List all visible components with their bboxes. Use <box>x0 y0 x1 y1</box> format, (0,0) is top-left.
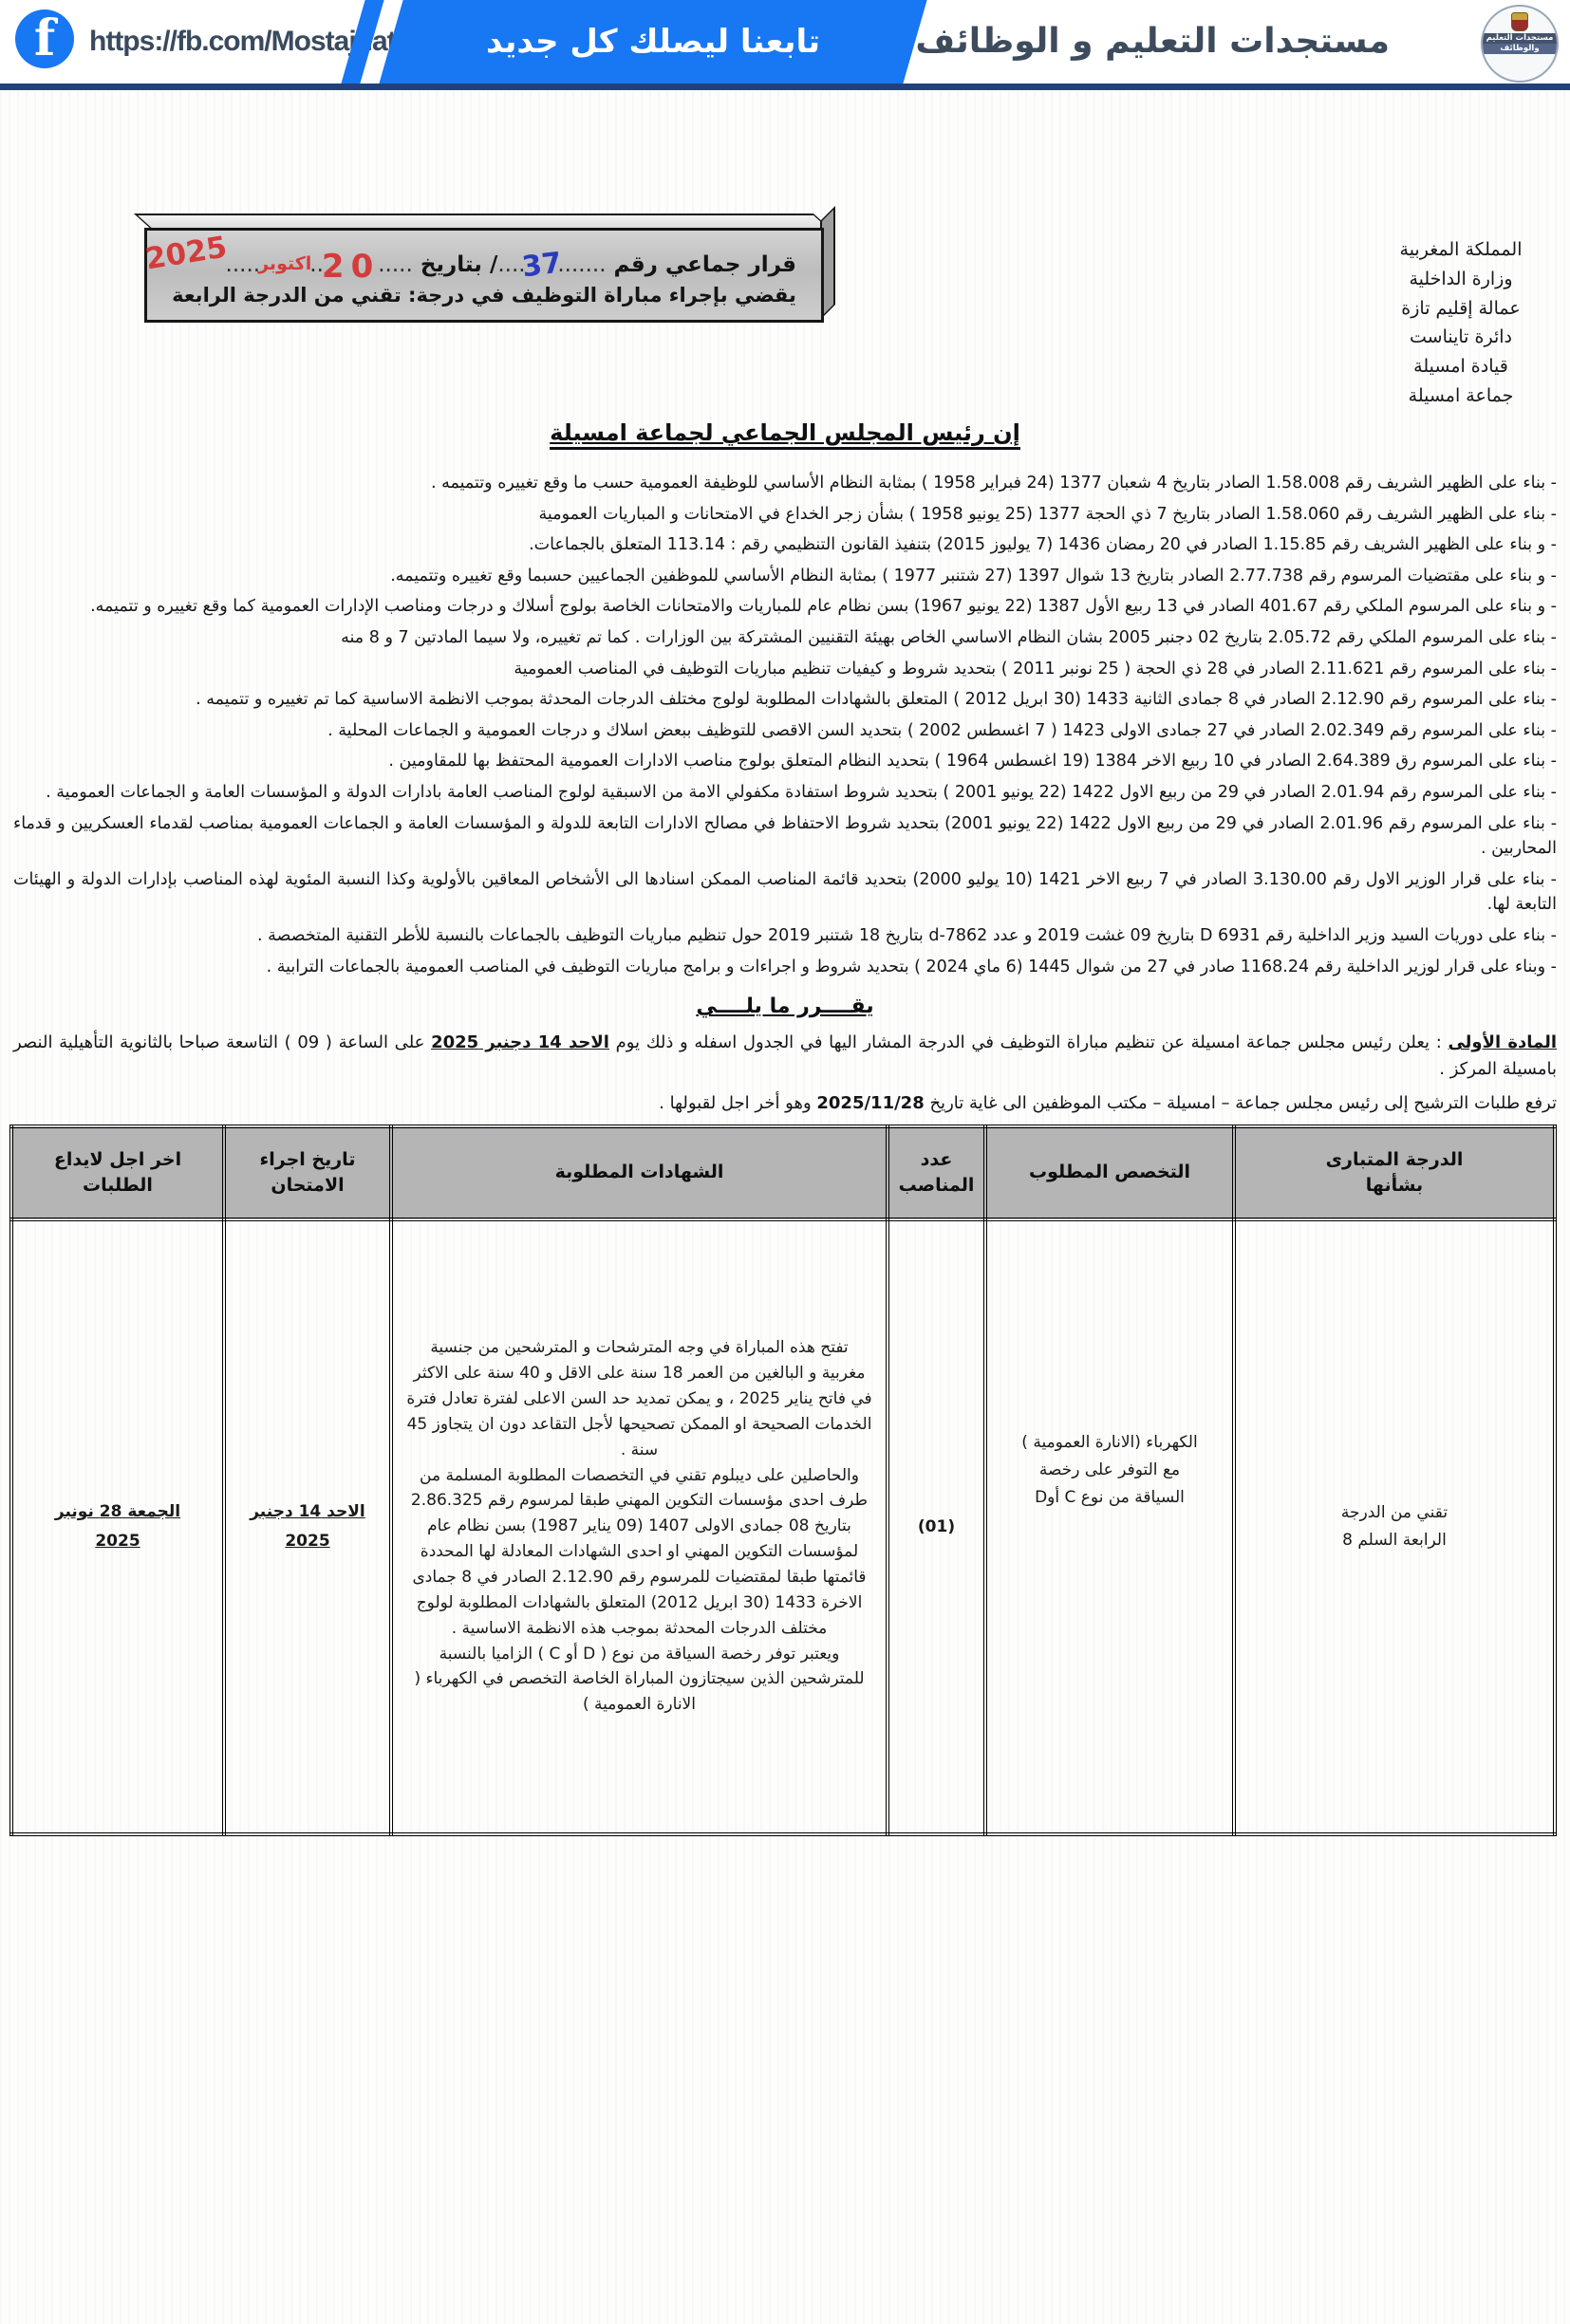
preamble-clause: - بناء على المرسوم رقم 2.11.621 الصادر ف… <box>13 657 1557 682</box>
preamble-clause: - بناء على الظهير الشريف رقم 1.58.008 ال… <box>13 471 1557 496</box>
cell-grade: تقني من الدرجة الرابعة السلم 8 <box>1234 1219 1555 1834</box>
logo-text-line: والوظائف <box>1483 44 1557 54</box>
exam-date-inline: الاحد 14 دجنبر 2025 <box>431 1032 609 1052</box>
header-exam-date: تاريخ اجراء الامتحان <box>224 1126 391 1219</box>
cell-positions-count: (01) <box>888 1219 985 1834</box>
brand-logo: مستجدات التعليم والوظائف <box>1481 5 1559 83</box>
header-positions-count: عدد المناصب <box>888 1126 985 1219</box>
cell-application-deadline: الجمعة 28 نونبر 2025 <box>11 1219 224 1834</box>
handwritten-day: 20 <box>322 248 380 286</box>
letterhead-line: وزارة الداخلية <box>1357 265 1564 294</box>
header-application-deadline: اخر اجل لايداع الطلبات <box>11 1126 224 1219</box>
handwritten-decree-number: 37 <box>520 247 564 285</box>
preamble-clause: - بناء على المرسوم رقم 2.01.94 الصادر في… <box>13 780 1557 806</box>
header-required-diplomas: الشهادات المطلوبة <box>391 1126 888 1219</box>
submission-instructions: ترفع طلبات الترشيح إلى رئيس مجلس جماعة –… <box>13 1090 1557 1117</box>
header-grade: الدرجة المتبارى بشأنها <box>1234 1126 1555 1219</box>
preamble-clause: - و بناء على الظهير الشريف رقم 1.15.85 ا… <box>13 532 1557 558</box>
letterhead-line: عمالة إقليم تازة <box>1357 294 1564 324</box>
box-front-face: قرار جماعي رقم .......37..../ بتاريخ ...… <box>144 228 824 323</box>
decree-subject-line: يقضي بإجراء مباراة التوظيف في درجة: تقني… <box>172 284 796 307</box>
decree-number-box: قرار جماعي رقم .......37..../ بتاريخ ...… <box>144 228 824 323</box>
logo-text-line: مستجدات التعليم <box>1483 33 1557 44</box>
preamble-clause: - بناء على المرسوم رقم 2.12.90 الصادر في… <box>13 687 1557 713</box>
coat-of-arms-icon <box>1511 12 1528 31</box>
preamble-clause: - و بناء على المرسوم الملكي رقم 401.67 ا… <box>13 594 1557 620</box>
brand-title: مستجدات التعليم و الوظائف <box>915 0 1390 84</box>
cell-specialty: الكهرباء (الانارة العمومية ) مع التوفر ع… <box>985 1219 1234 1834</box>
preamble-clause: - و بناء على مقتضيات المرسوم رقم 2.77.73… <box>13 564 1557 589</box>
preamble-section: - بناء على الظهير الشريف رقم 1.58.008 ال… <box>13 471 1557 979</box>
letterhead-line: دائرة تايناست <box>1357 323 1564 352</box>
letterhead-line: جماعة امسيلة <box>1357 381 1564 411</box>
competition-table: الدرجة المتبارى بشأنها التخصص المطلوب عد… <box>9 1125 1557 1836</box>
preamble-clause: - بناء على قرار الوزير الاول رقم 3.130.0… <box>13 867 1557 918</box>
cell-exam-date: الاحد 14 دجنبر 2025 <box>224 1219 391 1834</box>
preamble-clause: - بناء على المرسوم رقم 2.02.349 الصادر ف… <box>13 718 1557 744</box>
article-label: المادة الأولى <box>1448 1032 1557 1052</box>
scanned-document-page: f https://fb.com/MostajdatMaroc تابعنا ل… <box>0 0 1570 2324</box>
handwritten-month: اكتوبر <box>258 253 311 274</box>
letterhead-line: المملكة المغربية <box>1357 235 1564 265</box>
decree-number-line: قرار جماعي رقم .......37..../ بتاريخ ...… <box>172 242 796 280</box>
letterhead: المملكة المغربية وزارة الداخلية عمالة إق… <box>1357 235 1564 411</box>
preamble-clause: - بناء على المرسوم الملكي رقم 2.05.72 بت… <box>13 625 1557 651</box>
deadline-date-inline: 2025/11/28 <box>816 1093 924 1113</box>
handwritten-year: 2025 <box>143 230 230 276</box>
preamble-clause: - بناء على الظهير الشريف رقم 1.58.060 ال… <box>13 502 1557 528</box>
decision-heading: يقــــرر ما يلــــي <box>13 995 1557 1018</box>
preamble-clause: - بناء على دوريات السيد وزير الداخلية رق… <box>13 923 1557 949</box>
document-body: إن رئيس المجلس الجماعي لجماعة امسيلة - ب… <box>13 419 1557 1836</box>
article-one: المادة الأولى : يعلن رئيس مجلس جماعة امس… <box>13 1030 1557 1083</box>
table-header-row: الدرجة المتبارى بشأنها التخصص المطلوب عد… <box>11 1126 1555 1219</box>
cell-required-diplomas: تفتح هذه المباراة في وجه المترشحات و الم… <box>391 1219 888 1834</box>
table-row: تقني من الدرجة الرابعة السلم 8 الكهرباء … <box>11 1219 1555 1834</box>
preamble-clause: - وبناء على قرار لوزير الداخلية رقم 1168… <box>13 955 1557 980</box>
follow-us-text: تابعنا ليصلك كل جديد <box>391 0 915 84</box>
document-title: إن رئيس المجلس الجماعي لجماعة امسيلة <box>13 419 1557 450</box>
letterhead-line: قيادة امسيلة <box>1357 352 1564 381</box>
social-banner: f https://fb.com/MostajdatMaroc تابعنا ل… <box>0 0 1570 90</box>
preamble-clause: - بناء على المرسوم رق 2.64.389 الصادر في… <box>13 749 1557 774</box>
preamble-clause: - بناء على المرسوم رقم 2.01.96 الصادر في… <box>13 811 1557 862</box>
facebook-icon: f <box>15 9 74 68</box>
header-specialty: التخصص المطلوب <box>985 1126 1234 1219</box>
